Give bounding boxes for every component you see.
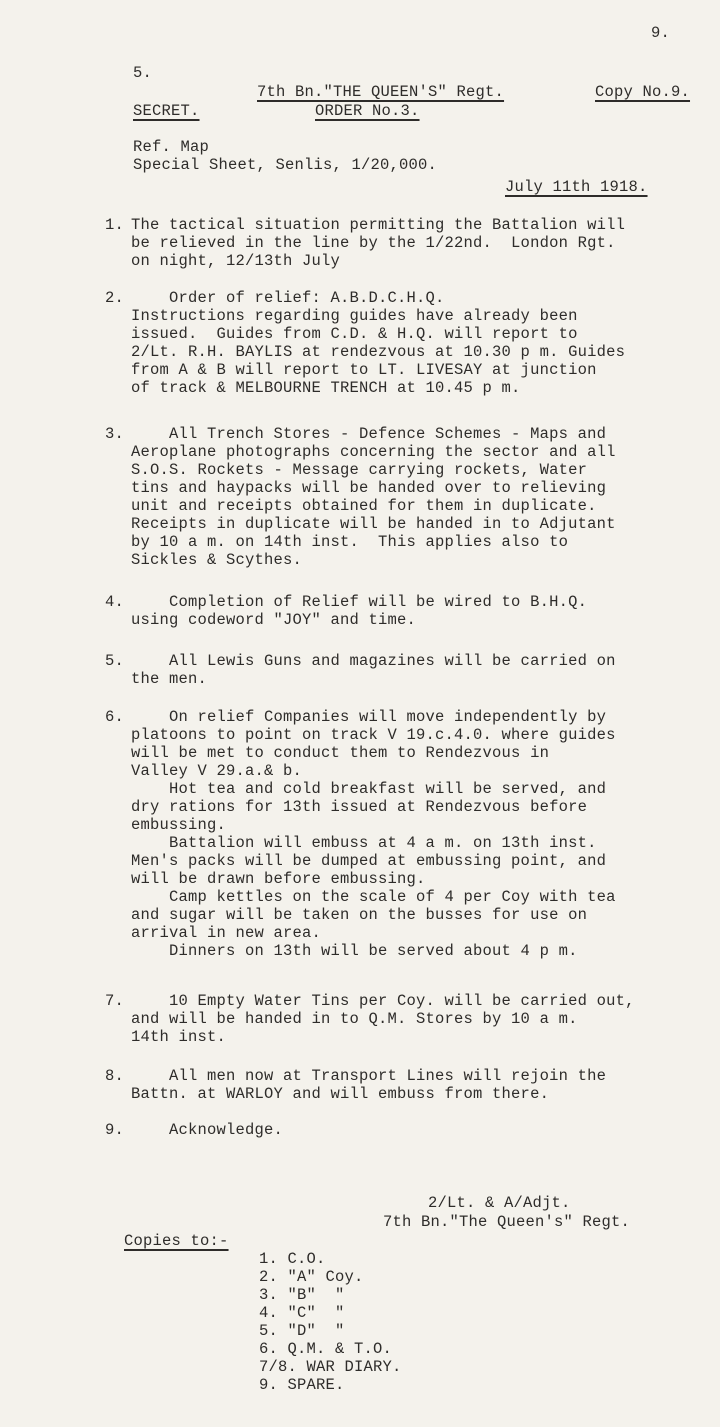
paragraph-line: Battn. at WARLOY and will embuss from th…	[131, 1085, 720, 1103]
paragraph-line: unit and receipts obtained for them in d…	[131, 497, 720, 515]
paragraph-line: 10 Empty Water Tins per Coy. will be car…	[131, 992, 720, 1010]
copies-item: 5. "D" "	[259, 1324, 345, 1340]
paragraph-number: 2.	[105, 289, 124, 307]
paragraph-line: arrival in new area.	[131, 924, 720, 942]
paragraph-line: dry rations for 13th issued at Rendezvou…	[131, 798, 720, 816]
paragraph-line: embussing.	[131, 816, 720, 834]
copies-item: 6. Q.M. & T.O.	[259, 1342, 392, 1358]
paragraph-line: 14th inst.	[131, 1028, 720, 1046]
paragraph-2: Order of relief: A.B.D.C.H.Q. Instructio…	[131, 289, 720, 397]
copies-item: 3. "B" "	[259, 1288, 345, 1304]
paragraph-line: and will be handed in to Q.M. Stores by …	[131, 1010, 720, 1028]
paragraph-line: will be met to conduct them to Rendezvou…	[131, 744, 720, 762]
paragraph-line: All Lewis Guns and magazines will be car…	[131, 652, 720, 670]
paragraph-line: Completion of Relief will be wired to B.…	[131, 593, 720, 611]
paragraph-line: Aeroplane photographs concerning the sec…	[131, 443, 720, 461]
paragraph-9: Acknowledge.	[131, 1121, 720, 1139]
paragraph-3: All Trench Stores - Defence Schemes - Ma…	[131, 425, 720, 569]
paragraph-7: 10 Empty Water Tins per Coy. will be car…	[131, 992, 720, 1046]
paragraph-line: will be drawn before embussing.	[131, 870, 720, 888]
copies-item: 7/8. WAR DIARY.	[259, 1360, 402, 1376]
paragraph-line: 2/Lt. R.H. BAYLIS at rendezvous at 10.30…	[131, 343, 720, 361]
paragraph-number: 8.	[105, 1067, 124, 1085]
paragraph-line: Acknowledge.	[131, 1121, 720, 1139]
paragraph-line: Men's packs will be dumped at embussing …	[131, 852, 720, 870]
copies-item: 9. SPARE.	[259, 1378, 345, 1394]
paragraph-line: from A & B will report to LT. LIVESAY at…	[131, 361, 720, 379]
paragraph-number: 7.	[105, 992, 124, 1010]
paragraph-line: The tactical situation permitting the Ba…	[131, 216, 720, 234]
paragraph-line: the men.	[131, 670, 720, 688]
copies-item: 1. C.O.	[259, 1252, 326, 1268]
paragraph-line: on night, 12/13th July	[131, 252, 720, 270]
paragraph-line: Instructions regarding guides have alrea…	[131, 307, 720, 325]
paragraph-line: Dinners on 13th will be served about 4 p…	[131, 942, 720, 960]
paragraph-line: platoons to point on track V 19.c.4.0. w…	[131, 726, 720, 744]
copy-number: Copy No.9.	[595, 85, 690, 101]
paragraph-line: Hot tea and cold breakfast will be serve…	[131, 780, 720, 798]
ref-map-label: Ref. Map	[133, 140, 209, 156]
paragraph-4: Completion of Relief will be wired to B.…	[131, 593, 720, 629]
paragraph-number: 3.	[105, 425, 124, 443]
signature-unit: 7th Bn."The Queen's" Regt.	[383, 1215, 630, 1231]
paragraph-line: Valley V 29.a.& b.	[131, 762, 720, 780]
ref-map-sheet: Special Sheet, Senlis, 1/20,000.	[133, 158, 437, 174]
paragraph-line: Receipts in duplicate will be handed in …	[131, 515, 720, 533]
paragraph-line: by 10 a m. on 14th inst. This applies al…	[131, 533, 720, 551]
paragraph-line: Sickles & Scythes.	[131, 551, 720, 569]
paragraph-line: All men now at Transport Lines will rejo…	[131, 1067, 720, 1085]
page-number: 9.	[651, 26, 670, 42]
classification-label: SECRET.	[133, 104, 200, 120]
paragraph-1: The tactical situation permitting the Ba…	[131, 216, 720, 270]
paragraph-number: 5.	[105, 652, 124, 670]
paragraph-line: issued. Guides from C.D. & H.Q. will rep…	[131, 325, 720, 343]
paragraph-line: Battalion will embuss at 4 a m. on 13th …	[131, 834, 720, 852]
order-index: 5.	[133, 66, 152, 82]
paragraph-line: and sugar will be taken on the busses fo…	[131, 906, 720, 924]
paragraph-line: On relief Companies will move independen…	[131, 708, 720, 726]
paragraph-5: All Lewis Guns and magazines will be car…	[131, 652, 720, 688]
paragraph-line: using codeword "JOY" and time.	[131, 611, 720, 629]
paragraph-line: be relieved in the line by the 1/22nd. L…	[131, 234, 720, 252]
paragraph-line: of track & MELBOURNE TRENCH at 10.45 p m…	[131, 379, 720, 397]
order-number: ORDER No.3.	[315, 104, 420, 120]
paragraph-number: 6.	[105, 708, 124, 726]
paragraph-number: 4.	[105, 593, 124, 611]
paragraph-line: tins and haypacks will be handed over to…	[131, 479, 720, 497]
unit-title: 7th Bn."THE QUEEN'S" Regt.	[257, 85, 504, 101]
paragraph-8: All men now at Transport Lines will rejo…	[131, 1067, 720, 1103]
paragraph-line: All Trench Stores - Defence Schemes - Ma…	[131, 425, 720, 443]
copies-heading: Copies to:-	[124, 1234, 229, 1250]
paragraph-line: S.O.S. Rockets - Message carrying rocket…	[131, 461, 720, 479]
signature-rank: 2/Lt. & A/Adjt.	[428, 1196, 571, 1212]
paragraph-line: Order of relief: A.B.D.C.H.Q.	[131, 289, 720, 307]
paragraph-number: 1.	[105, 216, 124, 234]
paragraph-line: Camp kettles on the scale of 4 per Coy w…	[131, 888, 720, 906]
paragraph-number: 9.	[105, 1121, 124, 1139]
copies-item: 4. "C" "	[259, 1306, 345, 1322]
order-date: July 11th 1918.	[505, 180, 648, 196]
paragraph-6: On relief Companies will move independen…	[131, 708, 720, 960]
copies-item: 2. "A" Coy.	[259, 1270, 364, 1286]
